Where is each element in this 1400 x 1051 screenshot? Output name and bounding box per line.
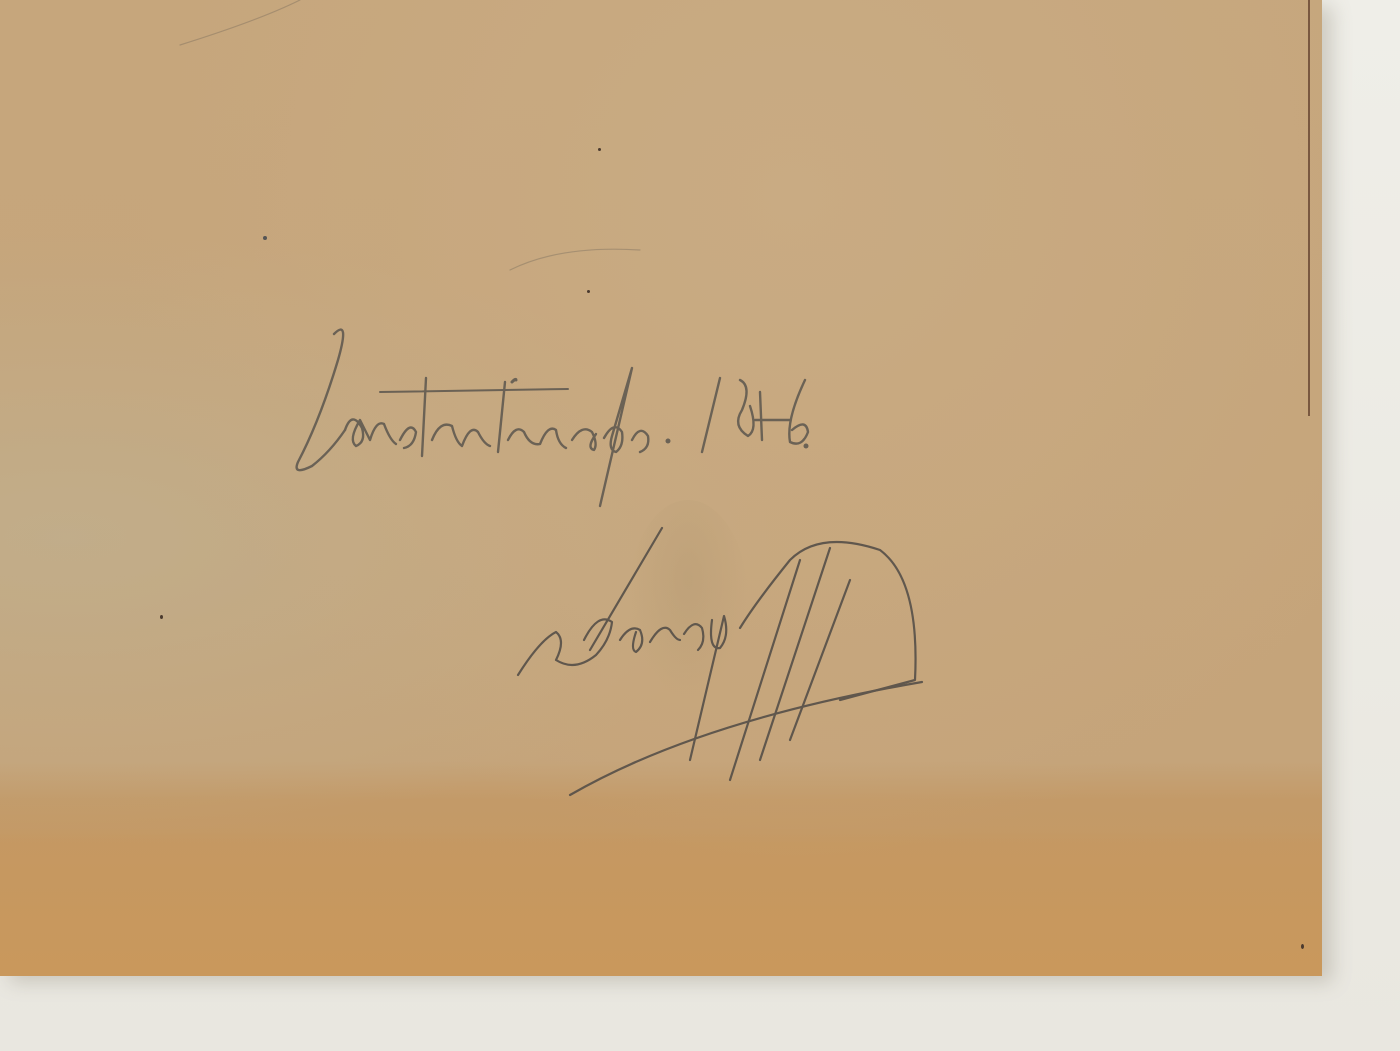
pencil-handwriting [0, 0, 1400, 1051]
